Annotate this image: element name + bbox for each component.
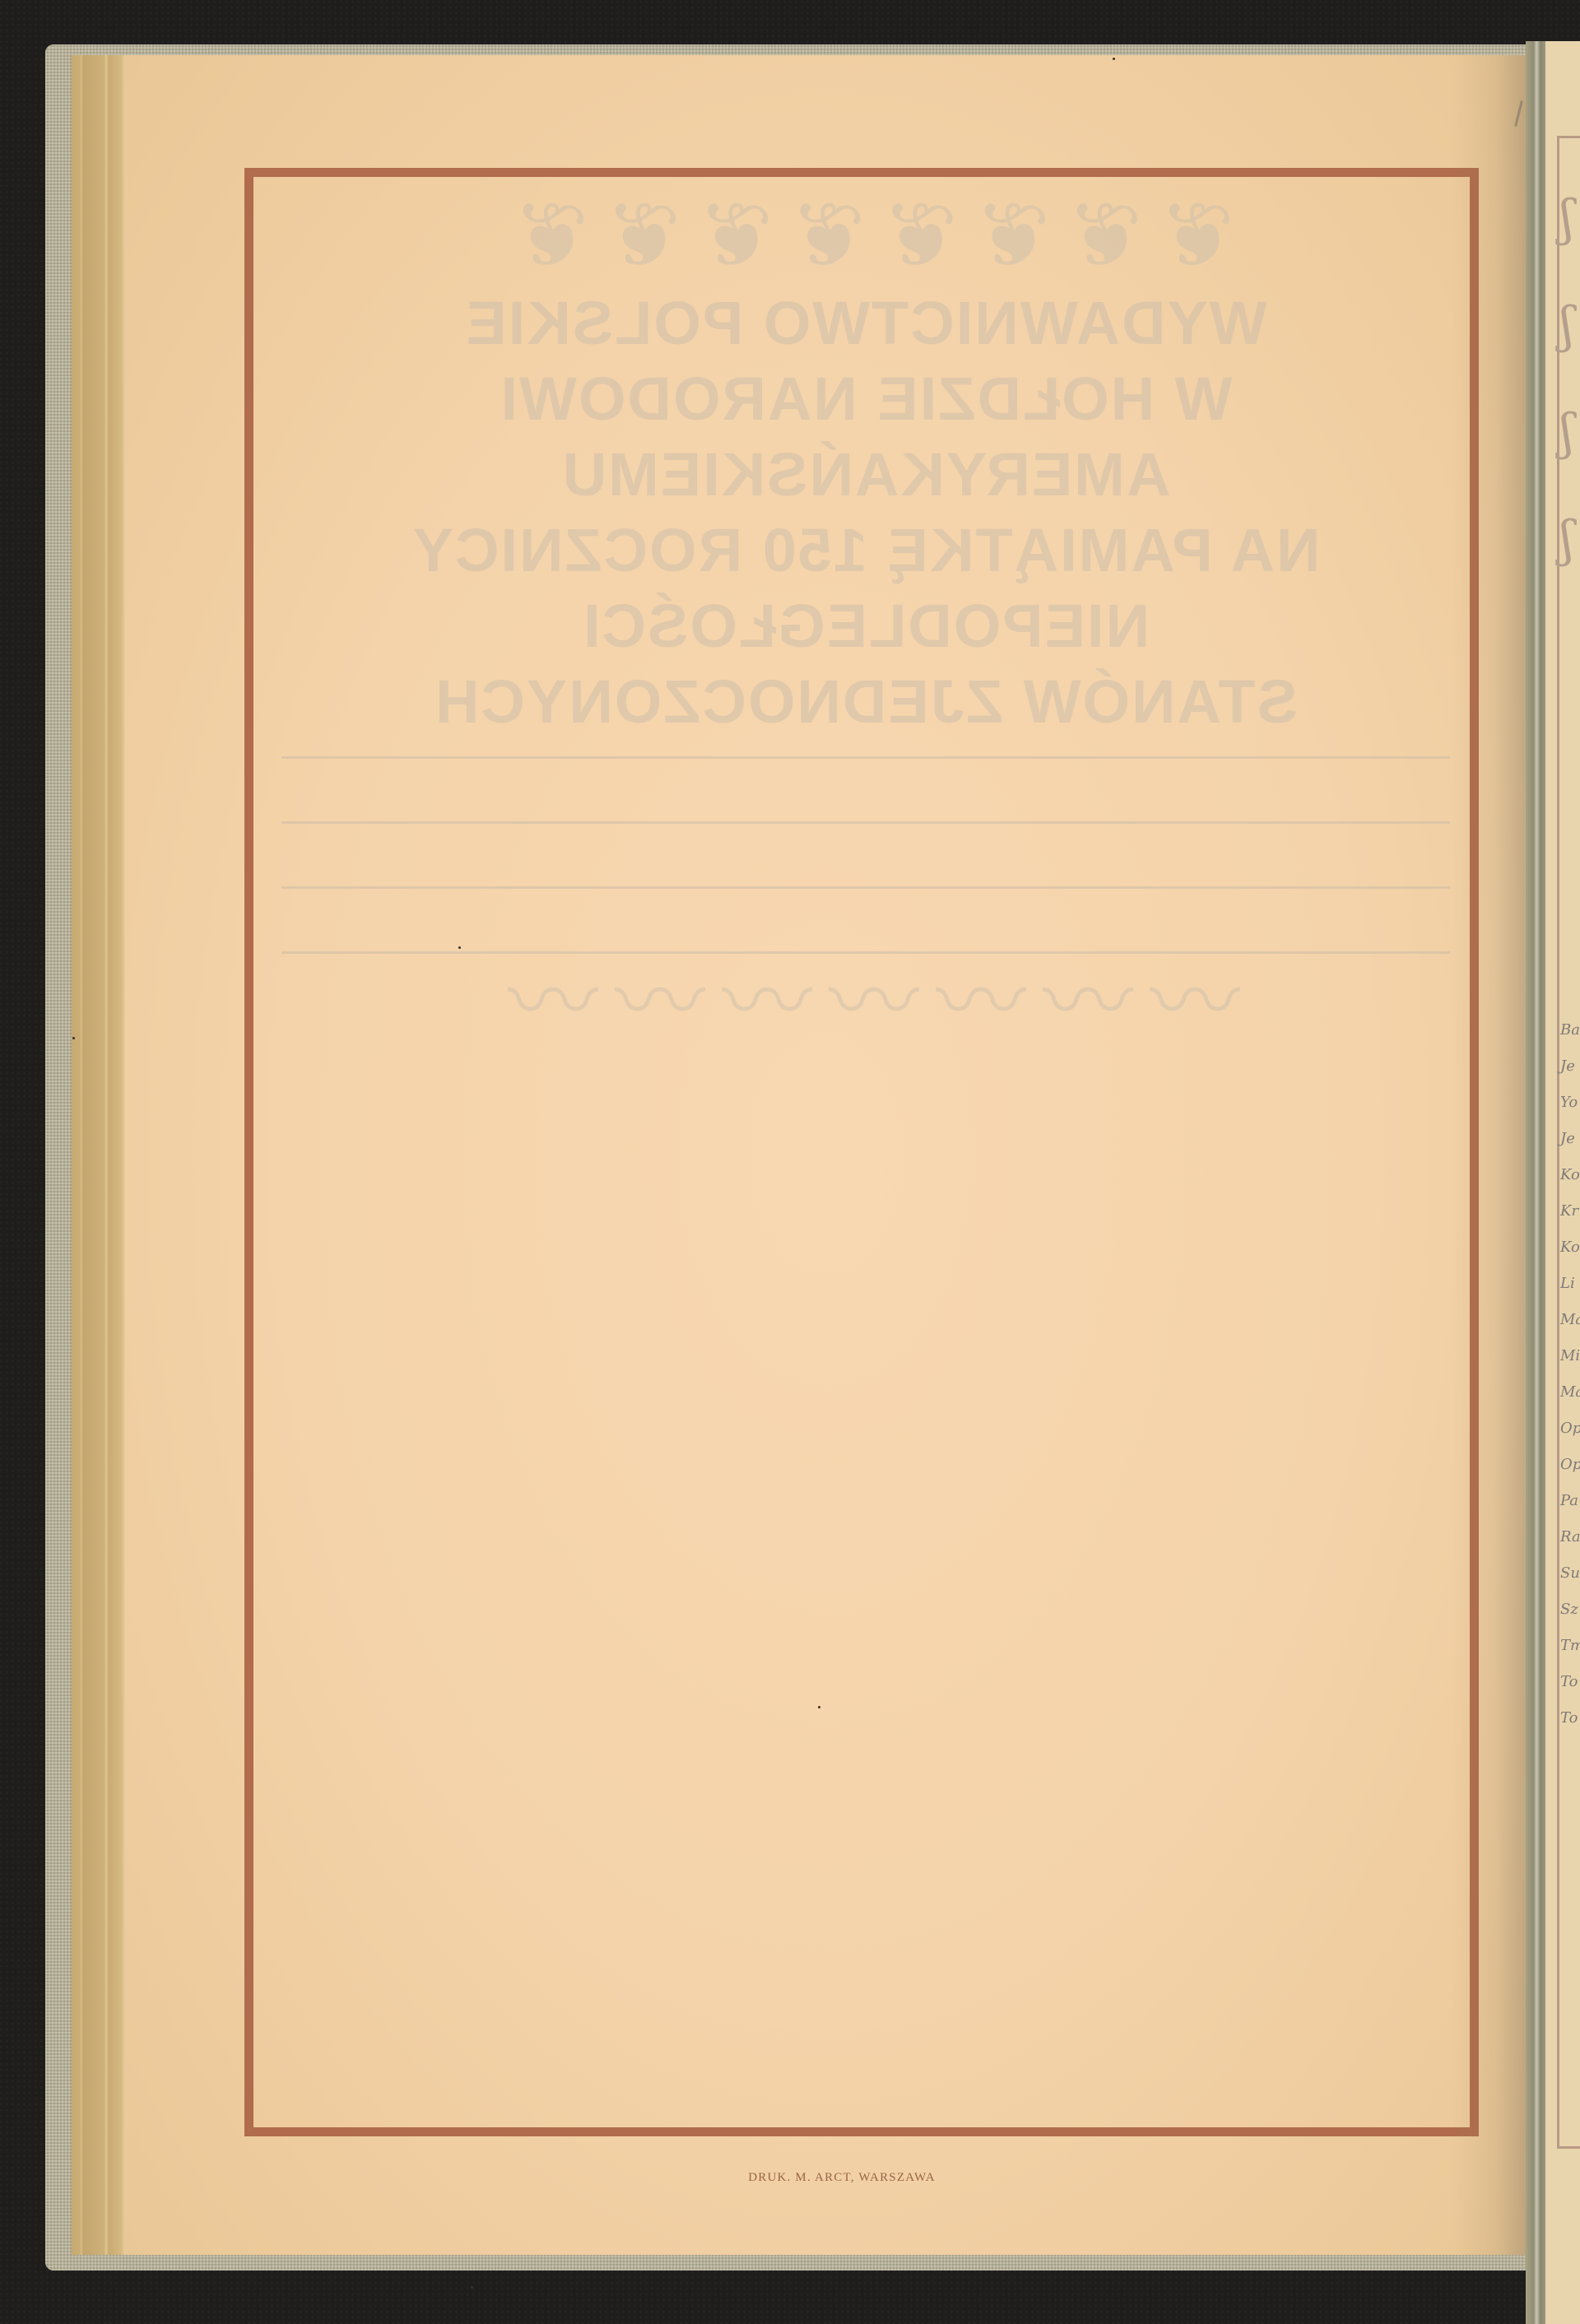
paper-speck	[72, 1037, 75, 1039]
handwriting-fragment: Li	[1560, 1266, 1580, 1302]
adjacent-page-edge: ʃʃʃʃ Ba Je Yo Je Ko Kr Ko Li Ma Mi Ma Op…	[1545, 41, 1580, 2324]
handwriting-fragment: Je	[1560, 1048, 1580, 1085]
endpaper-page: ❦❦❦❦❦❦❦❦ WYDAWNICTWO POLSKIE W HOŁDZIE N…	[125, 55, 1526, 2255]
handwriting-fragment: To	[1560, 1700, 1580, 1736]
adjacent-page-handwriting: Ba Je Yo Je Ko Kr Ko Li Ma Mi Ma Op Op P…	[1560, 1012, 1580, 1736]
printer-imprint: DRUK. M. ARCT, WARSZAWA	[125, 2171, 1526, 2185]
paper-speck	[458, 946, 461, 949]
gutter-shadow	[1452, 55, 1526, 2255]
handwriting-fragment: Ko	[1560, 1229, 1580, 1266]
handwriting-fragment: Mi	[1560, 1338, 1580, 1374]
paper-speck	[1113, 58, 1115, 60]
handwriting-fragment: Pa	[1560, 1483, 1580, 1519]
handwriting-fragment: Je	[1560, 1121, 1580, 1157]
page-block-edges	[72, 55, 126, 2255]
handwriting-fragment: Ma	[1560, 1302, 1580, 1338]
handwriting-fragment: Su	[1560, 1555, 1580, 1592]
adjacent-page-ornament: ʃʃʃʃ	[1560, 165, 1580, 593]
handwriting-fragment: Yo	[1560, 1085, 1580, 1121]
handwriting-fragment: Kr	[1560, 1193, 1580, 1229]
handwriting-fragment: Op	[1560, 1447, 1580, 1483]
handwriting-fragment: Ko	[1560, 1157, 1580, 1193]
handwriting-fragment: Op	[1560, 1411, 1580, 1447]
book-gutter	[1526, 41, 1545, 2324]
handwriting-fragment: Sz	[1560, 1592, 1580, 1628]
handwriting-fragment: To	[1560, 1664, 1580, 1700]
handwriting-fragment: Ra	[1560, 1519, 1580, 1555]
handwriting-fragment: Tm	[1560, 1628, 1580, 1664]
decorative-frame-border	[244, 168, 1479, 2136]
paper-speck	[818, 1706, 820, 1708]
paper-speck	[471, 2286, 473, 2289]
handwriting-fragment: Ba	[1560, 1012, 1580, 1048]
handwriting-fragment: Ma	[1560, 1374, 1580, 1411]
